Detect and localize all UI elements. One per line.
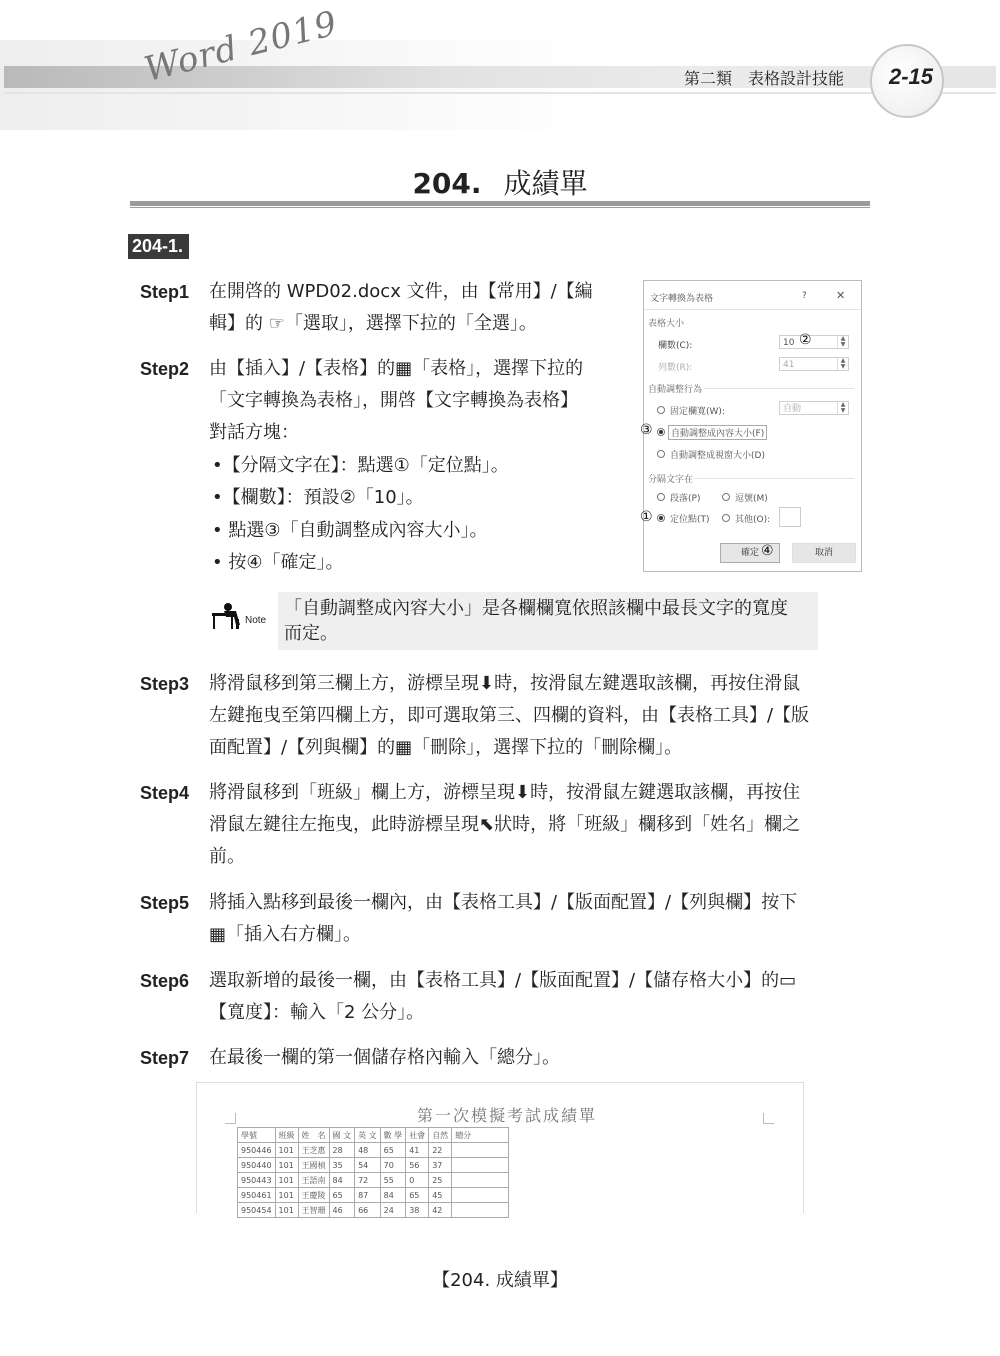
note-icon: Note [212,603,272,631]
step-line: 【寬度】：輸入「2 公分」。 [209,997,879,1029]
bullet-columns: •【欄數】：預設②「10」。 [212,482,424,514]
step-line: 對話方塊： [209,417,639,449]
cell[interactable]: 101 [275,1158,298,1173]
callout-1: ① [640,509,653,525]
columns-stepper[interactable]: 10 ▲▼ [779,335,849,349]
table-row: 950446101王芝惠2848654122 [238,1143,509,1158]
step-line: 「文字轉換為表格」，開啓【文字轉換為表格】 [209,385,639,417]
header-cell[interactable]: 姓 名 [298,1128,329,1143]
columns-value: 10 [783,338,794,348]
close-icon[interactable]: ✕ [836,289,845,302]
step-line: 將插入點移到最後一欄內，由【表格工具】/【版面配置】/【列與欄】按下 [209,887,879,919]
cell[interactable]: 56 [406,1158,429,1173]
cell[interactable]: 101 [275,1143,298,1158]
bullet-separator: •【分隔文字在】：點選①「定位點」。 [212,450,509,482]
note-text-line1: 「自動調整成內容大小」是各欄欄寬依照該欄中最長文字的寬度 [284,596,814,621]
radio-autofit-window[interactable] [657,450,665,458]
columns-label: 欄數(C): [658,338,692,351]
table-row: 950461101王慶陵6587846545 [238,1188,509,1203]
table-row: 950454101王智珊4666243842 [238,1203,509,1218]
cell[interactable] [452,1158,509,1173]
score-table-preview: 第一次模擬考試成績單 學號 班級 姓 名 國 文 英 文 數 學 社會 自然 總… [196,1082,804,1213]
autofit-content-label: 自動調整成內容大小(F) [668,425,767,440]
spin-arrows-icon[interactable]: ▲▼ [837,358,848,370]
cell[interactable]: 70 [380,1158,406,1173]
cell[interactable]: 65 [406,1188,429,1203]
radio-fixed-width[interactable] [657,406,665,414]
step-label: Step1 [140,276,189,308]
cell[interactable]: 66 [355,1203,381,1218]
header-cell[interactable]: 數 學 [380,1128,406,1143]
step-line: 前。 [209,841,879,873]
cell[interactable]: 37 [429,1158,452,1173]
cell[interactable]: 65 [380,1143,406,1158]
dialog-title: 文字轉換為表格 [650,291,713,304]
title-text: 成績單 [504,167,588,200]
spin-arrows-icon[interactable]: ▲▼ [837,336,848,348]
header-cell[interactable]: 總分 [452,1128,509,1143]
cell[interactable]: 28 [329,1143,355,1158]
cell[interactable]: 950443 [238,1173,276,1188]
step-line: 面配置】/【列與欄】的▦「刪除」，選擇下拉的「刪除欄」。 [209,732,879,764]
fixed-width-label: 固定欄寬(W): [670,404,725,417]
step-label: Step2 [140,353,189,385]
cell[interactable]: 王慶陵 [298,1188,329,1203]
cell[interactable]: 王國楨 [298,1158,329,1173]
group-separator: 分隔文字在 [648,472,693,485]
step-line: 選取新增的最後一欄，由【表格工具】/【版面配置】/【儲存格大小】的▭ [209,965,879,997]
note-text-line2: 而定。 [284,621,814,646]
note-label: Note [245,615,266,626]
cell[interactable]: 84 [329,1173,355,1188]
step-line: ▦「插入右方欄」。 [209,919,879,951]
cell[interactable]: 0 [406,1173,429,1188]
header-cell[interactable]: 國 文 [329,1128,355,1143]
cell[interactable]: 41 [406,1143,429,1158]
radio-comma[interactable] [722,493,730,501]
table-header-row: 學號 班級 姓 名 國 文 英 文 數 學 社會 自然 總分 [238,1128,509,1143]
header-cell[interactable]: 班級 [275,1128,298,1143]
cell[interactable]: 王語南 [298,1173,329,1188]
convert-text-to-table-dialog: 文字轉換為表格 ? ✕ 表格大小 欄數(C): 10 ▲▼ ② 列數(R): 4… [643,280,862,572]
ok-label: 確定 [741,548,759,558]
radio-paragraph[interactable] [657,493,665,501]
step-label: Step3 [140,668,189,700]
cell[interactable]: 72 [355,1173,381,1188]
step-line: 將滑鼠移到第三欄上方，游標呈現⬇時，按滑鼠左鍵選取該欄，再按住滑鼠 [209,668,879,700]
spin-arrows-icon[interactable]: ▲▼ [837,402,848,414]
cell[interactable]: 950446 [238,1143,276,1158]
step-line: 由【插入】/【表格】的▦「表格」，選擇下拉的 [209,353,639,385]
rows-stepper[interactable]: 41 ▲▼ [779,357,849,371]
cancel-label: 取消 [815,548,833,558]
cell[interactable]: 950454 [238,1203,276,1218]
step-line: 在開啓的 WPD02.docx 文件，由【常用】/【編 [209,276,629,308]
tab-label: 定位點(T) [670,512,710,525]
step-label: Step5 [140,887,189,919]
cell[interactable]: 45 [429,1188,452,1203]
cell[interactable]: 101 [275,1203,298,1218]
step-line: 輯】的 ☞「選取」，選擇下拉的「全選」。 [209,308,629,340]
radio-tab[interactable] [657,514,665,522]
step-label: Step7 [140,1042,189,1074]
fixed-width-stepper[interactable]: 自動 ▲▼ [779,401,849,415]
header-cell[interactable]: 社會 [406,1128,429,1143]
header-cell[interactable]: 學號 [238,1128,276,1143]
header-cell[interactable]: 英 文 [355,1128,381,1143]
title-rule-thin [130,207,870,208]
cell[interactable]: 46 [329,1203,355,1218]
step-line: 左鍵拖曳至第四欄上方，即可選取第三、四欄的資料，由【表格工具】/【版 [209,700,879,732]
cell[interactable] [452,1188,509,1203]
section-tag: 204-1. [128,234,189,259]
table-row: 950443101王語南847255025 [238,1173,509,1188]
radio-autofit-content[interactable] [657,428,665,436]
score-table: 學號 班級 姓 名 國 文 英 文 數 學 社會 自然 總分 950446101… [237,1127,509,1218]
cell[interactable]: 101 [275,1188,298,1203]
cell[interactable] [452,1173,509,1188]
cell[interactable]: 54 [355,1158,381,1173]
cell[interactable]: 48 [355,1143,381,1158]
cell[interactable]: 38 [406,1203,429,1218]
group-autofit: 自動調整行為 [648,382,702,395]
page-footer: 【204. 成績單】 [0,1266,1000,1292]
page-title: 204.成績單 [0,162,1000,202]
group-table-size: 表格大小 [648,316,684,329]
cell[interactable]: 王芝惠 [298,1143,329,1158]
table-row: 950440101王國楨3554705637 [238,1158,509,1173]
cell[interactable]: 84 [380,1188,406,1203]
cancel-button[interactable]: 取消 [792,543,856,563]
cell[interactable] [452,1203,509,1218]
cell[interactable]: 王智珊 [298,1203,329,1218]
cell[interactable]: 42 [429,1203,452,1218]
cell[interactable]: 950440 [238,1158,276,1173]
header-cell[interactable]: 自然 [429,1128,452,1143]
help-button[interactable]: ? [802,291,807,301]
cell[interactable]: 22 [429,1143,452,1158]
step-label: Step6 [140,965,189,997]
cell[interactable] [452,1143,509,1158]
fixed-width-value: 自動 [783,404,801,414]
autofit-window-label: 自動調整成視窗大小(D) [670,448,765,461]
step-line: 將滑鼠移到「班級」欄上方，游標呈現⬇時，按滑鼠左鍵選取該欄，再按住 [209,777,879,809]
cell[interactable]: 24 [380,1203,406,1218]
chapter-title: 第二類 表格設計技能 [684,66,844,89]
step-line: 在最後一欄的第一個儲存格內輸入「總分」。 [209,1042,879,1074]
callout-3: ③ [640,422,653,438]
cell[interactable]: 950461 [238,1188,276,1203]
other-input[interactable] [779,507,801,527]
preview-title: 第一次模擬考試成績單 [417,1103,597,1126]
cell[interactable]: 55 [380,1173,406,1188]
comma-label: 逗號(M) [735,491,768,504]
callout-2: ② [799,332,812,348]
step-label: Step4 [140,777,189,809]
bullet-ok: • 按④「確定」。 [212,547,343,579]
cell[interactable]: 35 [329,1158,355,1173]
note-box: 「自動調整成內容大小」是各欄欄寬依照該欄中最長文字的寬度 而定。 [278,592,818,650]
radio-other[interactable] [722,514,730,522]
cell[interactable]: 87 [355,1188,381,1203]
step-line: 滑鼠左鍵往左拖曳，此時游標呈現⬉狀時，將「班級」欄移到「姓名」欄之 [209,809,879,841]
cell[interactable]: 65 [329,1188,355,1203]
page-number: 2-15 [876,64,946,90]
bullet-autofit: • 點選③「自動調整成內容大小」。 [212,515,487,547]
rows-value: 41 [783,360,794,370]
cell[interactable]: 25 [429,1173,452,1188]
title-rule [130,201,870,206]
paragraph-label: 段落(P) [670,491,700,504]
other-label: 其他(O): [735,512,770,525]
title-number: 204. [412,167,481,200]
rows-label: 列數(R): [658,360,692,373]
callout-4: ④ [761,543,774,559]
cell[interactable]: 101 [275,1173,298,1188]
header-divider [4,92,996,94]
